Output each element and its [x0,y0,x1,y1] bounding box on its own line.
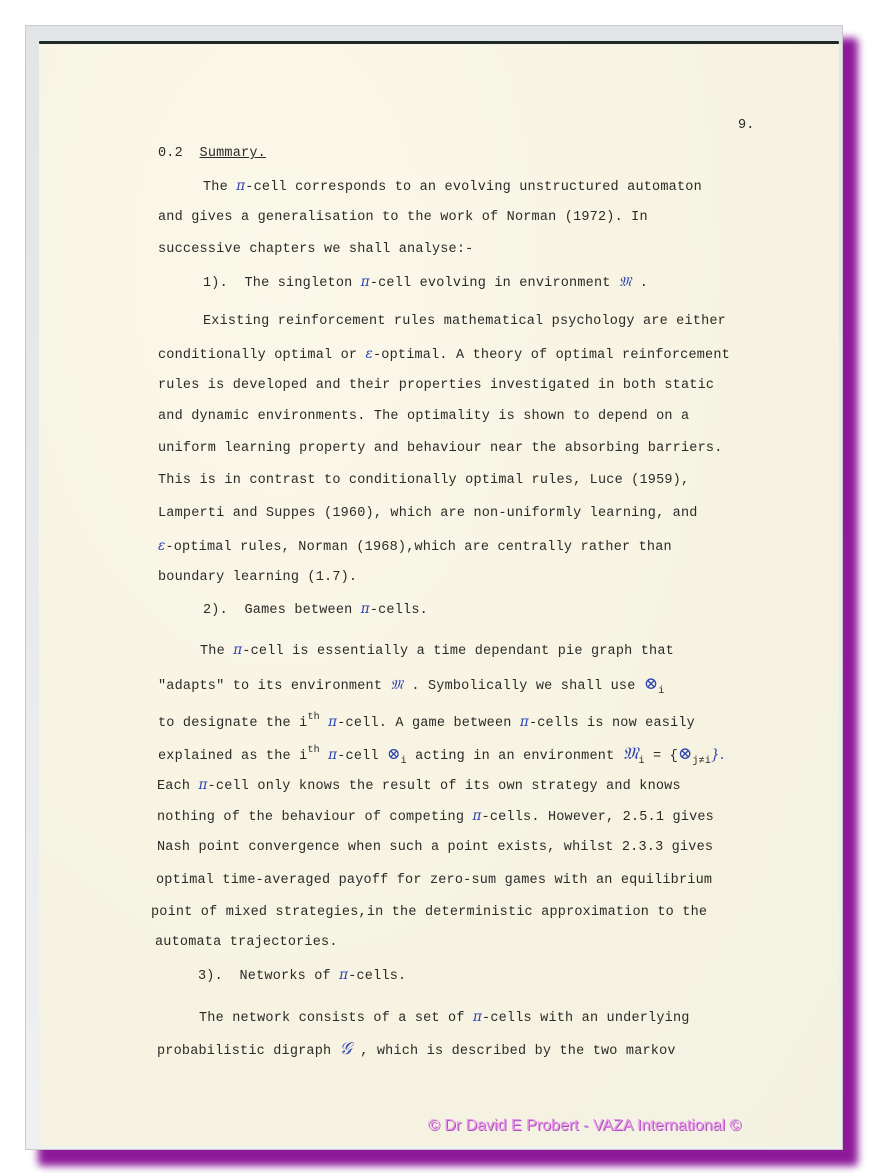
paper-page [39,41,839,1147]
environment-symbol: 𝔐 [390,677,403,693]
list-item-1: 1). The singleton π-cell evolving in env… [203,274,648,291]
section-number: 0.2 [158,146,183,161]
text-line: probabilistic digraph 𝒢 , which is descr… [157,1039,676,1059]
text-line: rules is developed and their properties … [158,378,714,393]
digraph-symbol: 𝒢 [340,1039,352,1059]
text-line: The network consists of a set of π-cells… [199,1009,690,1026]
text-line: nothing of the behaviour of competing π-… [157,808,714,825]
environment-symbol: 𝔐 [619,274,632,290]
text-line: Each π-cell only knows the result of its… [157,777,681,794]
text-line: ε-optimal rules, Norman (1968),which are… [158,538,672,555]
pi-symbol: π [361,601,370,617]
section-title: Summary. [200,146,266,161]
cell-symbol: ⊗ [678,744,692,764]
text-line: and dynamic environments. The optimality… [158,409,689,424]
cell-symbol: ⊗ [387,744,401,763]
text-line: This is in contrast to conditionally opt… [158,473,689,488]
pi-symbol: π [520,714,529,730]
pi-symbol: π [233,642,242,658]
epsilon-symbol: ε [366,346,373,362]
text-line: point of mixed strategies,in the determi… [151,905,707,920]
list-item-2: 2). Games between π-cells. [203,601,428,618]
pi-symbol: π [328,747,337,763]
text-line: Nash point convergence when such a point… [157,840,713,855]
text-line: The π-cell corresponds to an evolving un… [203,178,702,195]
text-line: and gives a generalisation to the work o… [158,210,648,225]
cell-symbol: ⊗ [644,674,658,694]
text-line: Existing reinforcement rules mathematica… [203,314,726,329]
text-line: automata trajectories. [155,935,338,950]
text-line: boundary learning (1.7). [158,570,357,585]
pi-symbol: π [361,274,370,290]
list-item-3: 3). Networks of π-cells. [198,967,406,984]
environment-symbol: 𝔐 [623,744,639,764]
pi-symbol: π [236,178,245,194]
text-line: conditionally optimal or ε-optimal. A th… [158,346,730,363]
text-line: Lamperti and Suppes (1960), which are no… [158,506,698,521]
text-line: explained as the ith π-cell ⊗i acting in… [158,744,724,767]
page-number: 9. [738,118,755,133]
pi-symbol: π [339,967,348,983]
copyright-watermark: © Dr David E Probert - VAZA Internationa… [428,1117,741,1135]
pi-symbol: π [328,714,337,730]
text-line: successive chapters we shall analyse:- [158,242,473,257]
pi-symbol: π [199,777,208,793]
pi-symbol: π [472,808,481,824]
text-line: to designate the ith π-cell. A game betw… [158,712,695,731]
pi-symbol: π [473,1009,482,1025]
text-line: "adapts" to its environment 𝔐 . Symbolic… [158,674,664,697]
text-line: The π-cell is essentially a time dependa… [200,642,674,659]
text-line: optimal time-averaged payoff for zero-su… [156,873,712,888]
text-line: uniform learning property and behaviour … [158,441,723,456]
page-top-edge [39,41,839,44]
section-heading: 0.2 Summary. [158,146,266,161]
